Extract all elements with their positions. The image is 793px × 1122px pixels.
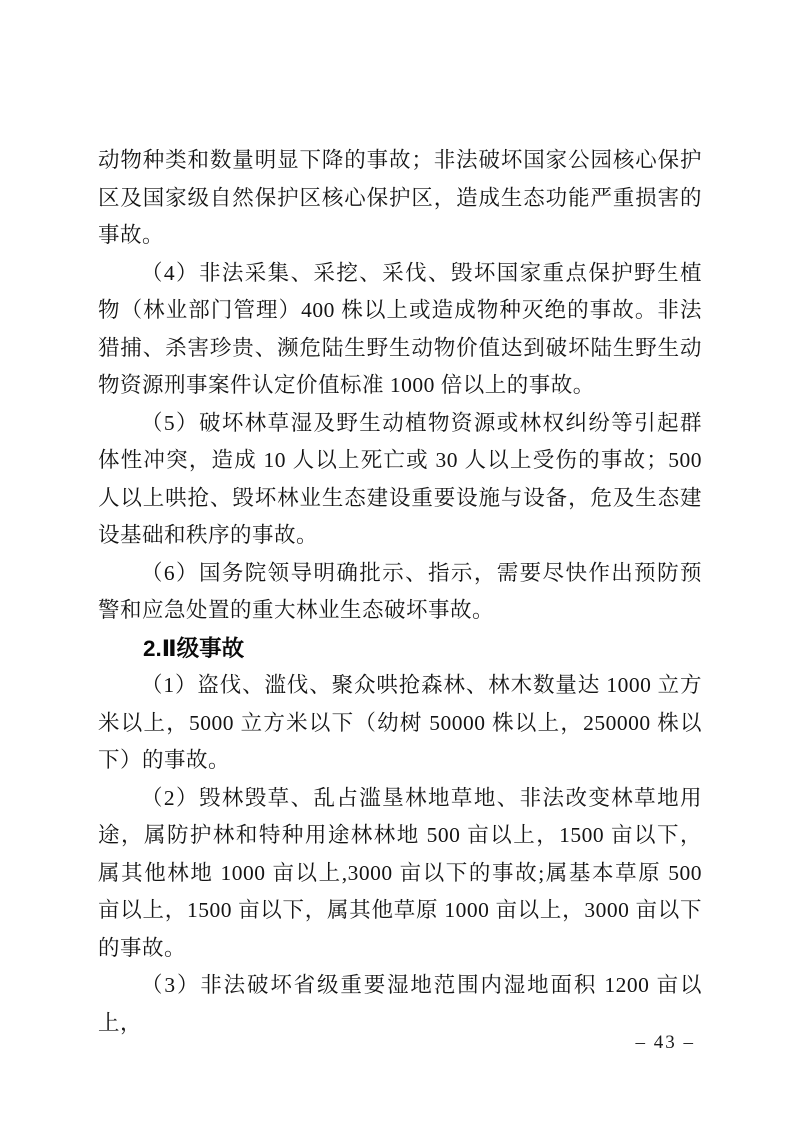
paragraph-item-4: （4）非法采集、采挖、采伐、毁坏国家重点保护野生植物（林业部门管理）400 株以… [98,255,702,405]
paragraph-continuation: 动物种类和数量明显下降的事故；非法破坏国家公园核心保护区及国家级自然保护区核心保… [98,142,702,255]
document-text-block: 动物种类和数量明显下降的事故；非法破坏国家公园核心保护区及国家级自然保护区核心保… [98,142,702,1042]
paragraph-item-2: （2）毁林毁草、乱占滥垦林地草地、非法改变林草地用途，属防护林和特种用途林林地 … [98,780,702,968]
paragraph-item-3-partial: （3）非法破坏省级重要湿地范围内湿地面积 1200 亩以上， [98,967,702,1042]
document-page: 动物种类和数量明显下降的事故；非法破坏国家公园核心保护区及国家级自然保护区核心保… [0,0,793,1122]
paragraph-item-6: （6）国务院领导明确批示、指示，需要尽快作出预防预警和应急处置的重大林业生态破坏… [98,555,702,630]
paragraph-item-1: （1）盗伐、滥伐、聚众哄抢森林、林木数量达 1000 立方米以上，5000 立方… [98,667,702,780]
page-number: – 43 – [636,1030,696,1056]
paragraph-item-5: （5）破坏林草湿及野生动植物资源或林权纠纷等引起群体性冲突，造成 10 人以上死… [98,405,702,555]
section-heading-level2-accidents: 2.Ⅱ级事故 [98,630,702,668]
